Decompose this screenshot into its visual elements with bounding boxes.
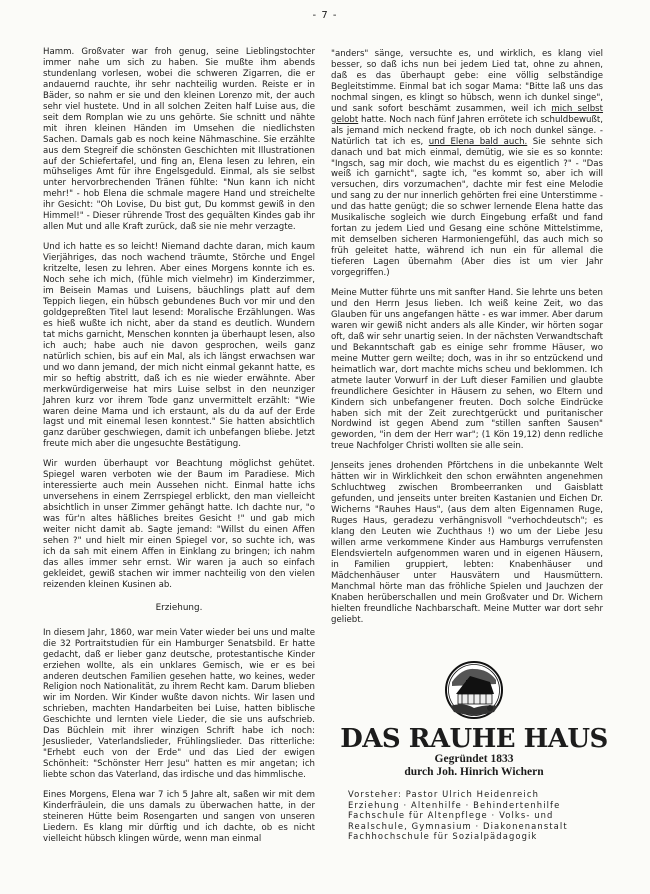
section-heading: Erziehung.	[43, 603, 315, 614]
ad-title: DAS RAUHE HAUS	[340, 725, 608, 753]
paragraph: Eines Morgens, Elena war 7 ich 5 Jahre a…	[43, 790, 315, 845]
paragraph: Hamm. Großvater war froh genug, seine Li…	[43, 47, 315, 233]
advertisement: DAS RAUHE HAUS Gegründet 1833 durch Joh.…	[340, 660, 608, 842]
paragraph: Wir wurden überhaupt vor Beachtung mögli…	[43, 459, 315, 590]
ad-founded: Gegründet 1833	[340, 753, 608, 766]
left-column: Hamm. Großvater war froh genug, seine Li…	[43, 47, 315, 854]
paragraph: Und ich hatte es so leicht! Niemand dach…	[43, 242, 315, 450]
ad-services: Vorsteher: Pastor Ulrich Heidenreich Erz…	[340, 789, 608, 842]
paragraph: Meine Mutter führte uns mit sanfter Hand…	[331, 288, 603, 452]
paragraph: In diesem Jahr, 1860, war mein Vater wie…	[43, 628, 315, 781]
ad-line: Realschule, Gymnasium · Diakonenanstalt	[348, 821, 608, 832]
text-run: Sie sehnte sich danach und bat mich einm…	[331, 137, 603, 278]
ad-founder: durch Joh. Hinrich Wichern	[340, 766, 608, 779]
house-emblem-icon	[444, 660, 504, 720]
ad-line: Erziehung · Altenhilfe · Behindertenhilf…	[348, 800, 608, 811]
ad-line: Vorsteher: Pastor Ulrich Heidenreich	[348, 789, 608, 800]
page-number: - 7 -	[0, 10, 650, 21]
ad-line: Fachhochschule für Sozialpädagogik	[348, 831, 608, 842]
right-column: "anders" sänge, versuchte es, und wirkli…	[331, 47, 603, 635]
underlined-text: und Elena bald auch.	[429, 137, 528, 147]
paragraph: Jenseits jenes drohenden Pförtchens in d…	[331, 461, 603, 625]
paragraph: "anders" sänge, versuchte es, und wirkli…	[331, 49, 603, 279]
ad-line: Fachschule für Altenpflege · Volks- und	[348, 810, 608, 821]
